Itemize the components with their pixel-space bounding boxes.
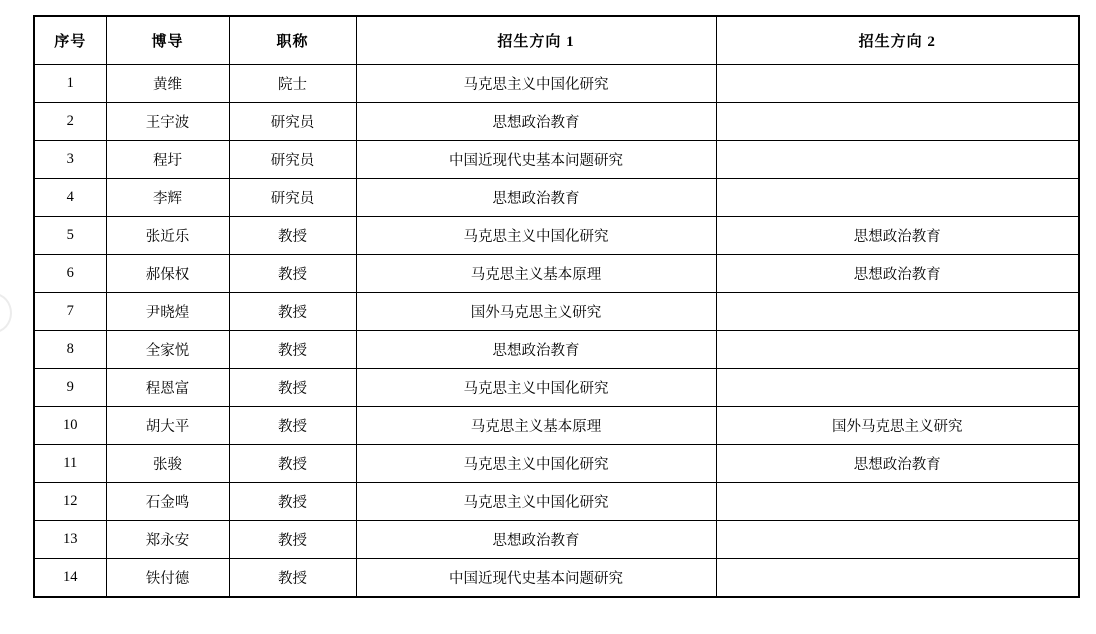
table-row: 6郝保权教授马克思主义基本原理思想政治教育 [34,255,1079,293]
cell-direction2 [716,521,1079,559]
cell-no: 4 [34,179,106,217]
cell-direction2 [716,179,1079,217]
table-row: 9程恩富教授马克思主义中国化研究 [34,369,1079,407]
cell-no: 1 [34,65,106,103]
cell-advisor: 铁付德 [106,559,229,598]
table-row: 11张骏教授马克思主义中国化研究思想政治教育 [34,445,1079,483]
column-header-advisor: 博导 [106,16,229,65]
cell-advisor: 张骏 [106,445,229,483]
cell-direction2 [716,331,1079,369]
cell-no: 6 [34,255,106,293]
cell-direction2 [716,293,1079,331]
cell-advisor: 李辉 [106,179,229,217]
cell-advisor: 张近乐 [106,217,229,255]
table-row: 14铁付德教授中国近现代史基本问题研究 [34,559,1079,598]
cell-advisor: 程恩富 [106,369,229,407]
cell-title: 教授 [229,293,356,331]
cell-no: 14 [34,559,106,598]
cell-title: 教授 [229,407,356,445]
cell-direction1: 马克思主义中国化研究 [356,369,716,407]
column-header-direction1: 招生方向 1 [356,16,716,65]
table-row: 7尹晓煌教授国外马克思主义研究 [34,293,1079,331]
cell-direction2 [716,559,1079,598]
cell-direction2: 思想政治教育 [716,217,1079,255]
cell-advisor: 王宇波 [106,103,229,141]
table-row: 3程圩研究员中国近现代史基本问题研究 [34,141,1079,179]
cell-title: 教授 [229,483,356,521]
cell-direction1: 马克思主义中国化研究 [356,483,716,521]
cell-title: 教授 [229,445,356,483]
cell-no: 3 [34,141,106,179]
cell-title: 教授 [229,217,356,255]
cell-advisor: 程圩 [106,141,229,179]
cell-advisor: 黄维 [106,65,229,103]
table-body: 1黄维院士马克思主义中国化研究2王宇波研究员思想政治教育3程圩研究员中国近现代史… [34,65,1079,598]
cell-title: 研究员 [229,103,356,141]
cell-advisor: 石金鸣 [106,483,229,521]
column-header-title: 职称 [229,16,356,65]
cell-direction1: 马克思主义基本原理 [356,255,716,293]
document-page: 序号博导职称招生方向 1招生方向 2 1黄维院士马克思主义中国化研究2王宇波研究… [0,0,1096,634]
advisor-table: 序号博导职称招生方向 1招生方向 2 1黄维院士马克思主义中国化研究2王宇波研究… [33,15,1080,598]
table-header-row: 序号博导职称招生方向 1招生方向 2 [34,16,1079,65]
cell-title: 教授 [229,559,356,598]
cell-title: 研究员 [229,179,356,217]
cell-direction2: 思想政治教育 [716,255,1079,293]
cell-direction1: 马克思主义中国化研究 [356,65,716,103]
cell-advisor: 全家悦 [106,331,229,369]
table-row: 8全家悦教授思想政治教育 [34,331,1079,369]
cell-direction1: 思想政治教育 [356,179,716,217]
cell-direction1: 思想政治教育 [356,103,716,141]
cell-no: 5 [34,217,106,255]
table-row: 13郑永安教授思想政治教育 [34,521,1079,559]
cell-direction1: 中国近现代史基本问题研究 [356,559,716,598]
cell-direction1: 国外马克思主义研究 [356,293,716,331]
cell-advisor: 尹晓煌 [106,293,229,331]
cell-no: 2 [34,103,106,141]
cell-direction2: 国外马克思主义研究 [716,407,1079,445]
table-row: 10胡大平教授马克思主义基本原理国外马克思主义研究 [34,407,1079,445]
cell-no: 12 [34,483,106,521]
table-row: 2王宇波研究员思想政治教育 [34,103,1079,141]
cell-title: 院士 [229,65,356,103]
cell-title: 教授 [229,331,356,369]
cell-direction1: 马克思主义基本原理 [356,407,716,445]
cell-direction2 [716,103,1079,141]
cell-no: 10 [34,407,106,445]
table-row: 4李辉研究员思想政治教育 [34,179,1079,217]
column-header-no: 序号 [34,16,106,65]
cell-title: 研究员 [229,141,356,179]
cell-advisor: 郑永安 [106,521,229,559]
cell-direction2 [716,369,1079,407]
cell-direction1: 思想政治教育 [356,521,716,559]
table-header: 序号博导职称招生方向 1招生方向 2 [34,16,1079,65]
cell-no: 8 [34,331,106,369]
cell-advisor: 胡大平 [106,407,229,445]
cell-no: 11 [34,445,106,483]
cell-direction1: 思想政治教育 [356,331,716,369]
table-row: 5张近乐教授马克思主义中国化研究思想政治教育 [34,217,1079,255]
cell-direction1: 马克思主义中国化研究 [356,217,716,255]
cell-direction2 [716,65,1079,103]
cell-no: 7 [34,293,106,331]
table-row: 12石金鸣教授马克思主义中国化研究 [34,483,1079,521]
column-header-direction2: 招生方向 2 [716,16,1079,65]
edge-circle-decoration [0,293,12,333]
cell-direction2: 思想政治教育 [716,445,1079,483]
cell-title: 教授 [229,521,356,559]
cell-no: 13 [34,521,106,559]
cell-title: 教授 [229,255,356,293]
cell-no: 9 [34,369,106,407]
cell-title: 教授 [229,369,356,407]
cell-direction1: 马克思主义中国化研究 [356,445,716,483]
cell-advisor: 郝保权 [106,255,229,293]
cell-direction2 [716,141,1079,179]
cell-direction2 [716,483,1079,521]
cell-direction1: 中国近现代史基本问题研究 [356,141,716,179]
table-row: 1黄维院士马克思主义中国化研究 [34,65,1079,103]
